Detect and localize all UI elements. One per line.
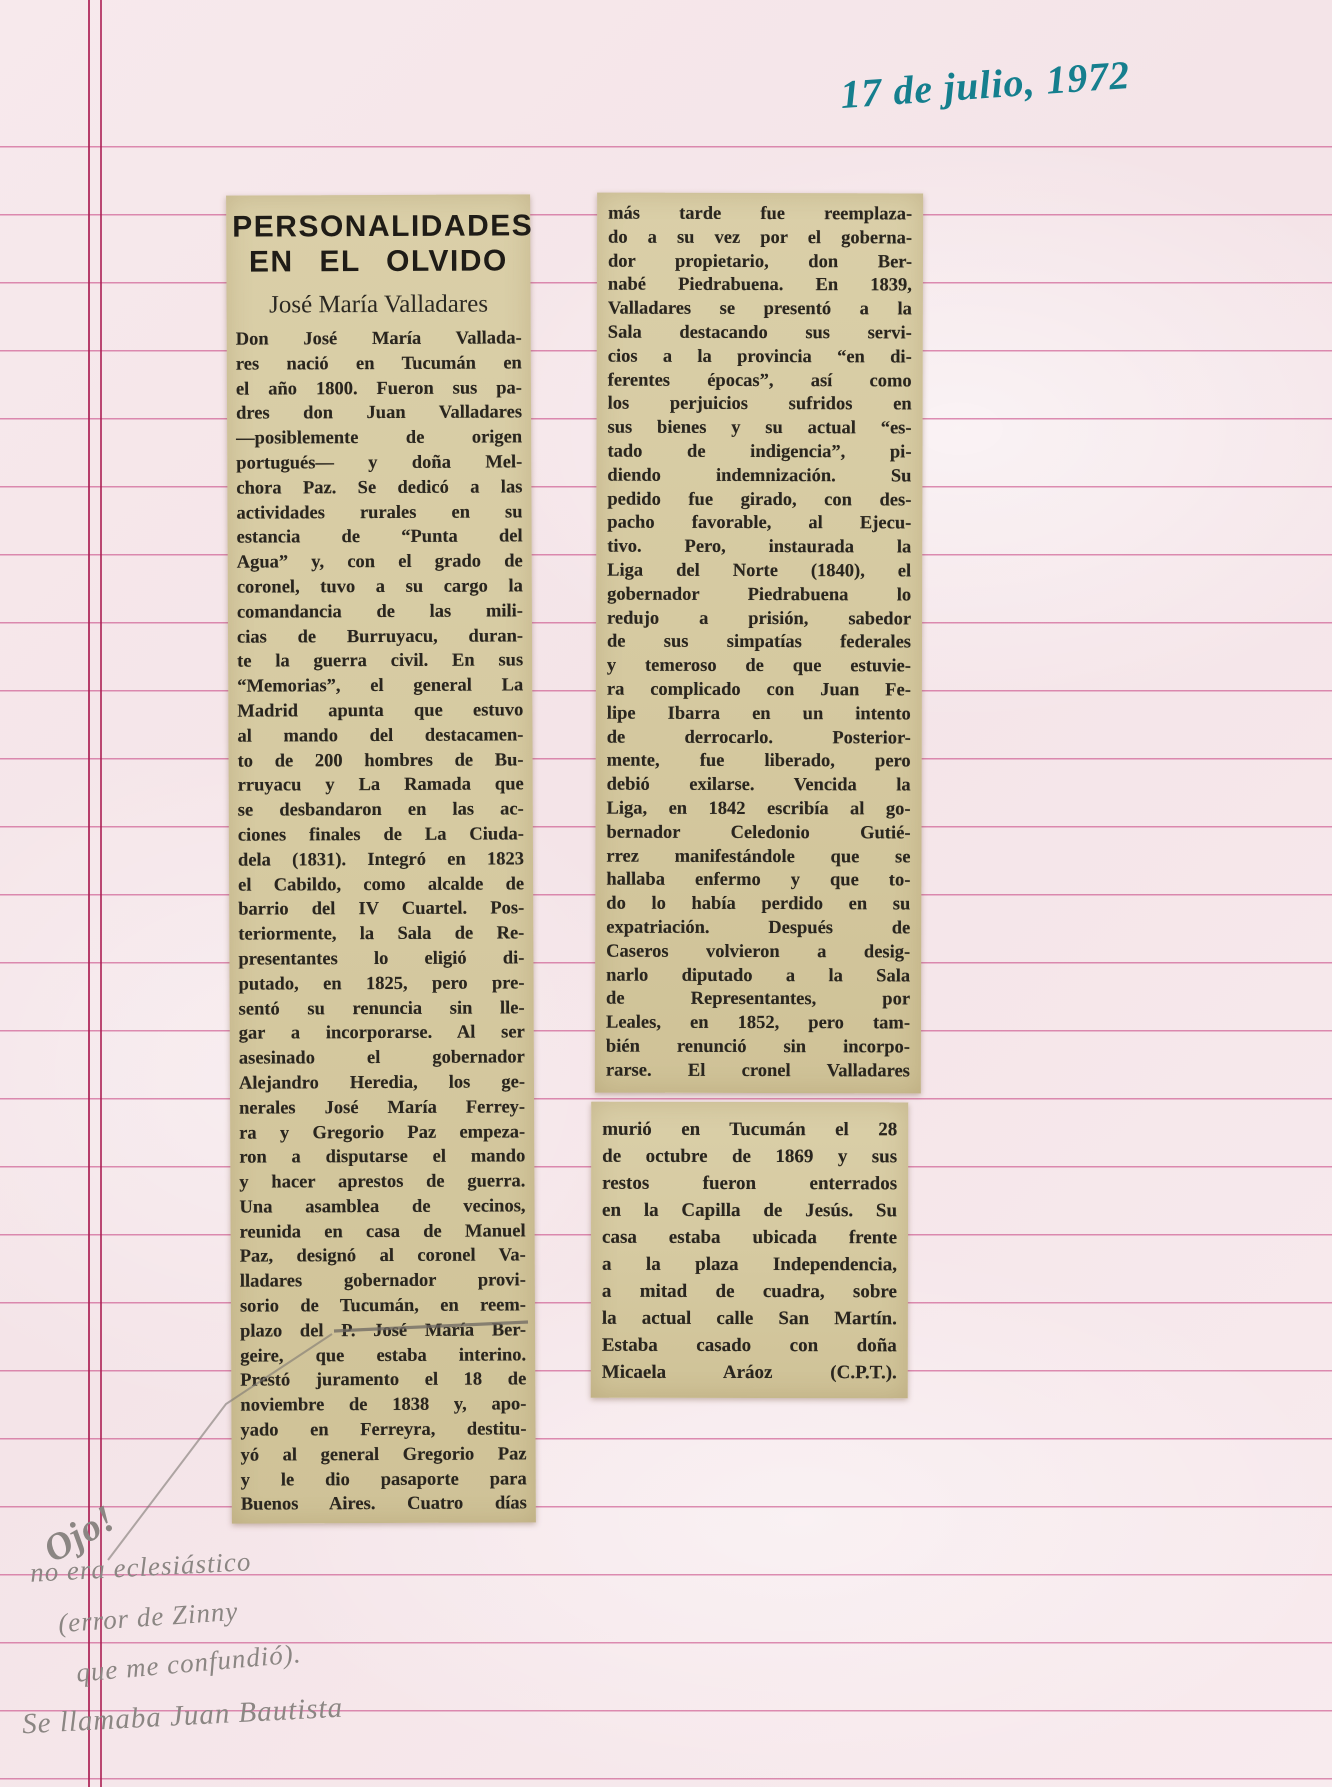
headline-line-2: EN EL OLVIDO [232, 243, 524, 279]
article-subtitle: José María Valladares [231, 290, 527, 319]
newspaper-clipping-column-2-bottom: murió en Tucumán el 28 de octubre de 186… [591, 1102, 909, 1399]
notebook-page: 17 de julio, 1972 PERSONALIDADES EN EL O… [0, 0, 1332, 1787]
headline: PERSONALIDADES EN EL OLVIDO [232, 208, 524, 279]
column-2-bottom-body-text: murió en Tucumán el 28 de octubre de 186… [602, 1116, 897, 1387]
column-1-body-text: Don José María Vallada- res nació en Tuc… [236, 326, 527, 1517]
newspaper-clipping-column-1: PERSONALIDADES EN EL OLVIDO José María V… [226, 194, 536, 1523]
column-2-top-body-text: más tarde fue reemplaza- do a su vez por… [606, 203, 912, 1084]
headline-line-1: PERSONALIDADES [232, 208, 524, 244]
handwritten-date: 17 de julio, 1972 [839, 49, 1161, 118]
newspaper-clipping-column-2-top: más tarde fue reemplaza- do a su vez por… [595, 193, 923, 1094]
